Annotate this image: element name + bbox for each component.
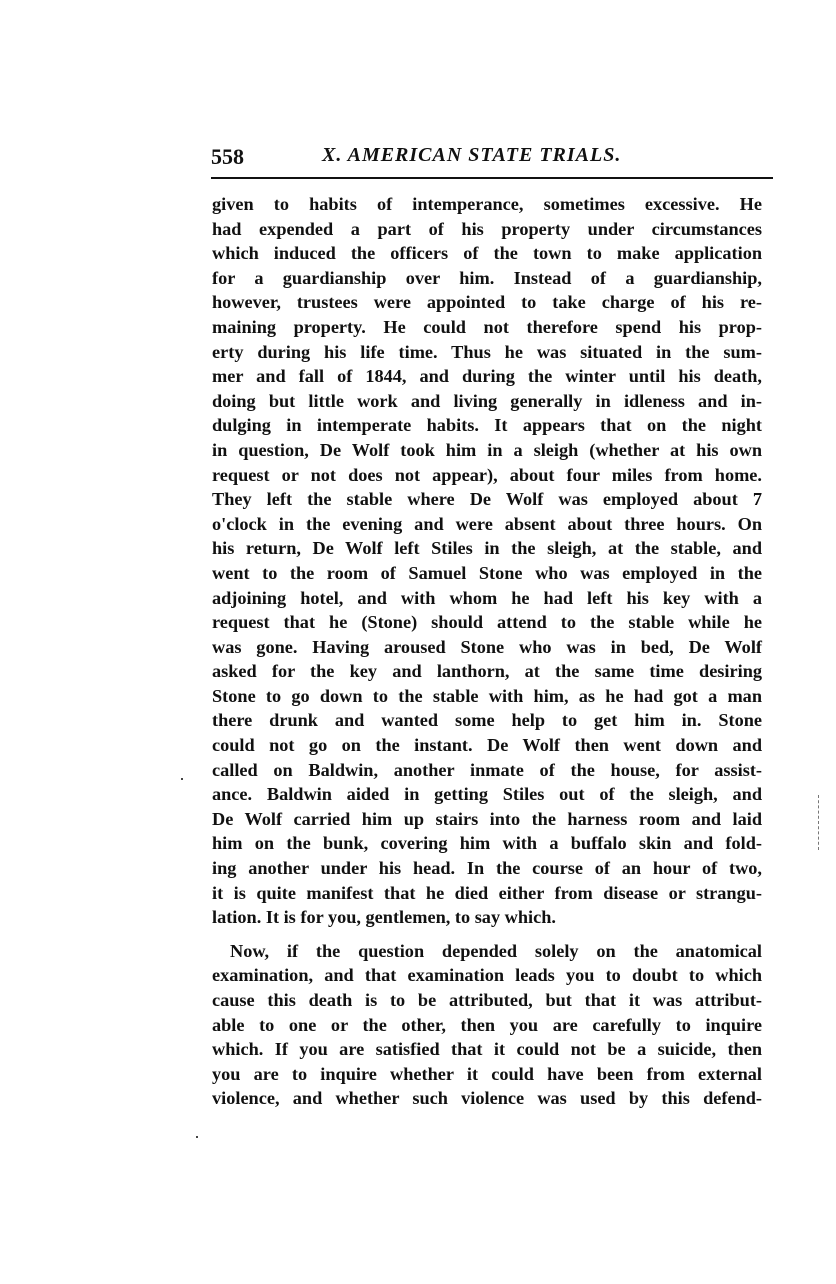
header-rule (211, 177, 773, 179)
paragraph-gap (212, 930, 762, 939)
running-head: 558 X. AMERICAN STATE TRIALS. (211, 144, 773, 172)
text-line: De Wolf carried him up stairs into the h… (212, 807, 762, 832)
text-line: was gone. Having aroused Stone who was i… (212, 635, 762, 660)
text-line: which induced the officers of the town t… (212, 241, 762, 266)
text-line: dulging in intemperate habits. It appear… (212, 413, 762, 438)
text-line: violence, and whether such violence was … (212, 1086, 762, 1111)
text-line: it is quite manifest that he died either… (212, 881, 762, 906)
text-line: you are to inquire whether it could have… (212, 1062, 762, 1087)
text-line: lation. It is for you, gentlemen, to say… (212, 905, 762, 930)
text-line: there drunk and wanted some help to get … (212, 708, 762, 733)
text-line: in question, De Wolf took him in a sleig… (212, 438, 762, 463)
text-line: his return, De Wolf left Stiles in the s… (212, 536, 762, 561)
text-line: doing but little work and living general… (212, 389, 762, 414)
text-line: ing another under his head. In the cours… (212, 856, 762, 881)
text-line: examination, and that examination leads … (212, 963, 762, 988)
text-line: able to one or the other, then you are c… (212, 1013, 762, 1038)
text-line: asked for the key and lanthorn, at the s… (212, 659, 762, 684)
text-line: for a guardianship over him. Instead of … (212, 266, 762, 291)
text-line: had expended a part of his property unde… (212, 217, 762, 242)
text-line: They left the stable where De Wolf was e… (212, 487, 762, 512)
scan-speck (181, 778, 183, 780)
text-line: could not go on the instant. De Wolf the… (212, 733, 762, 758)
body-text: given to habits of intemperance, sometim… (212, 192, 762, 1111)
text-line: went to the room of Samuel Stone who was… (212, 561, 762, 586)
paragraph-2: Now, if the question depended solely on … (212, 939, 762, 1111)
running-title: X. AMERICAN STATE TRIALS. (322, 144, 621, 167)
scan-speck (196, 1136, 198, 1138)
page-number: 558 (211, 144, 244, 170)
text-line: Now, if the question depended solely on … (212, 939, 762, 964)
paragraph-1: given to habits of intemperance, sometim… (212, 192, 762, 930)
text-line: however, trustees were appointed to take… (212, 290, 762, 315)
text-line: given to habits of intemperance, sometim… (212, 192, 762, 217)
scan-artifact-marks (818, 795, 821, 850)
text-line: adjoining hotel, and with whom he had le… (212, 586, 762, 611)
book-page: 558 X. AMERICAN STATE TRIALS. given to h… (0, 0, 836, 1284)
text-line: cause this death is to be attributed, bu… (212, 988, 762, 1013)
text-line: maining property. He could not therefore… (212, 315, 762, 340)
text-line: request that he (Stone) should attend to… (212, 610, 762, 635)
text-line: o'clock in the evening and were absent a… (212, 512, 762, 537)
text-line: Stone to go down to the stable with him,… (212, 684, 762, 709)
text-line: him on the bunk, covering him with a buf… (212, 831, 762, 856)
text-line: which. If you are satisfied that it coul… (212, 1037, 762, 1062)
text-line: request or not does not appear), about f… (212, 463, 762, 488)
text-line: mer and fall of 1844, and during the win… (212, 364, 762, 389)
text-line: called on Baldwin, another inmate of the… (212, 758, 762, 783)
text-line: erty during his life time. Thus he was s… (212, 340, 762, 365)
text-line: ance. Baldwin aided in getting Stiles ou… (212, 782, 762, 807)
